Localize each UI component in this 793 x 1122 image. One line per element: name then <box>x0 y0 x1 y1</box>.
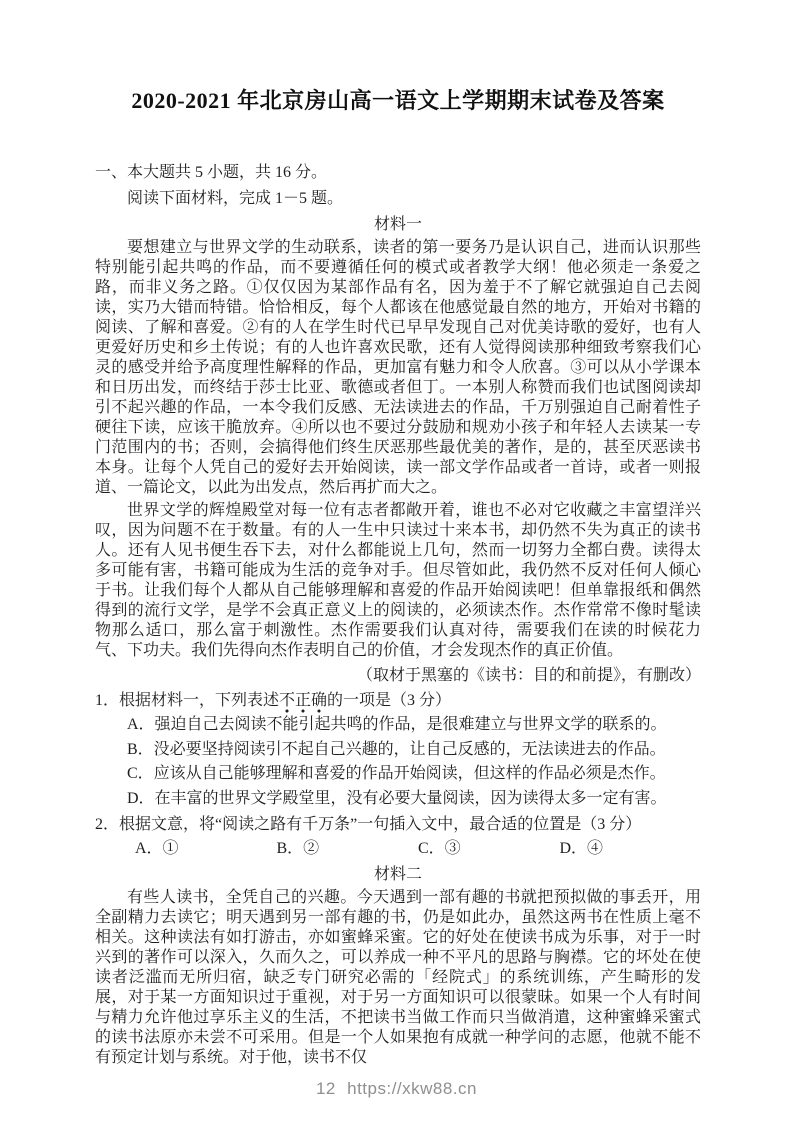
question-2-option-c: C．③ <box>418 837 560 862</box>
page-title: 2020-2021 年北京房山高一语文上学期期末试卷及答案 <box>95 86 701 116</box>
question-1-stem-emphasized: 不正确 <box>279 692 327 713</box>
question-2-option-b: B．② <box>277 837 419 862</box>
page-footer: 12 https://xkw88.cn <box>0 1078 793 1100</box>
question-1-option-a: A．强迫自己去阅读不能引起共鸣的作品，是很难建立与世界文学的联系的。 <box>127 713 701 738</box>
instruction-line: 阅读下面材料，完成 1－5 题。 <box>95 186 701 212</box>
question-1-option-b: B．没必要坚持阅读引不起自己兴趣的，让自己反感的，无法读进去的作品。 <box>127 738 701 763</box>
question-1-option-d: D．在丰富的世界文学殿堂里，没有必要大量阅读，因为读得太多一定有害。 <box>127 787 701 812</box>
source-attribution: （取材于黑塞的《读书：目的和前提》，有删改） <box>95 664 701 687</box>
question-2-stem: 2．根据文意，将“阅读之路有千万条”一句插入文中，最合适的位置是（3 分） <box>95 813 701 837</box>
question-1-stem-after: 的一项是（3 分） <box>327 692 451 709</box>
material-one-paragraph-1: 要想建立与世界文学的生动联系，读者的第一要务乃是认识自己，进而认识那些特别能引起… <box>95 238 701 498</box>
exam-document-page: 2020-2021 年北京房山高一语文上学期期末试卷及答案 一、本大题共 5 小… <box>0 0 793 1122</box>
question-2-options-row: A．① B．② C．③ D．④ <box>135 837 701 862</box>
question-2-option-d: D．④ <box>560 837 702 862</box>
material-one-heading: 材料一 <box>95 214 701 235</box>
question-1-stem-before: 1．根据材料一，下列表述 <box>95 692 279 709</box>
material-one-paragraph-2: 世界文学的辉煌殿堂对每一位有志者都敞开着，谁也不必对它收藏之丰富望洋兴叹，因为问… <box>95 501 701 661</box>
section-heading: 一、本大题共 5 小题，共 16 分。 <box>95 160 701 186</box>
question-1-stem: 1．根据材料一，下列表述不正确的一项是（3 分） <box>95 689 701 713</box>
footer-site-url: https://xkw88.cn <box>347 1079 477 1098</box>
material-two-heading: 材料二 <box>95 864 701 885</box>
footer-page-number: 12 <box>316 1079 336 1098</box>
question-2-option-a: A．① <box>135 837 277 862</box>
question-1-option-c: C．应该从自己能够理解和喜爱的作品开始阅读，但这样的作品必须是杰作。 <box>127 762 701 787</box>
material-two-paragraph-1: 有些人读书，全凭自己的兴趣。今天遇到一部有趣的书就把预拟做的事丢开，用全副精力去… <box>95 888 701 1068</box>
